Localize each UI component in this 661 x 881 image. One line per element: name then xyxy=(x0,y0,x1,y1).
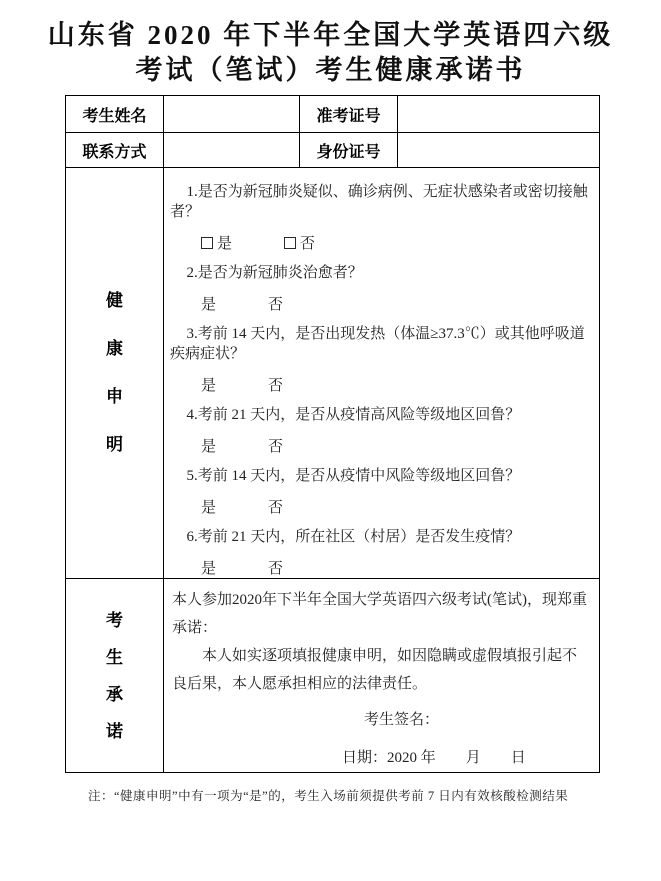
question-4-text: 4.考前 21 天内，是否从疫情高风险等级地区回鲁？ xyxy=(170,405,591,425)
question-5-no-option[interactable]: 否 xyxy=(268,496,283,517)
checkbox-no-icon[interactable] xyxy=(284,237,296,249)
health-declaration-row: 健 康 申 明 1.是否为新冠肺炎疑似、确诊病例、无症状感染者或密切接触者？ 是… xyxy=(66,168,600,579)
section-label-char: 诺 xyxy=(106,713,123,750)
question-2-text: 2.是否为新冠肺炎治愈者？ xyxy=(170,263,591,283)
commitment-row: 考 生 承 诺 本人参加2020年下半年全国大学英语四六级考试(笔试)，现郑重承… xyxy=(66,579,600,773)
form-title-line1: 山东省 2020 年下半年全国大学英语四六级 xyxy=(0,18,661,53)
yes-option-label: 是 xyxy=(217,232,232,253)
footnote: 注：“健康申明”中有一项为“是”的，考生入场前须提供考前 7 日内有效核酸检测结… xyxy=(88,786,661,804)
question-6-text: 6.考前 21 天内，所在社区（村居）是否发生疫情？ xyxy=(170,527,591,547)
section-label-char: 明 xyxy=(106,421,123,469)
no-option-label: 否 xyxy=(300,232,315,253)
health-declaration-section-label: 健 康 申 明 xyxy=(66,168,164,579)
question-3-text: 3.考前 14 天内，是否出现发热（体温≥37.3℃）或其他呼吸道疾病症状？ xyxy=(170,324,591,364)
commitment-section-label: 考 生 承 诺 xyxy=(66,579,164,773)
section-label-char: 康 xyxy=(106,325,123,373)
table-row: 考生姓名 准考证号 xyxy=(66,96,600,133)
name-field[interactable] xyxy=(164,96,300,133)
section-label-char: 申 xyxy=(106,373,123,421)
question-4-yes-option[interactable]: 是 xyxy=(201,435,216,456)
question-5-options: 是 否 xyxy=(201,496,591,517)
admission-number-label: 准考证号 xyxy=(300,96,398,133)
contact-field[interactable] xyxy=(164,133,300,168)
commitment-paragraph-1: 本人参加2020年下半年全国大学英语四六级考试(笔试)，现郑重承诺： xyxy=(172,586,589,642)
health-questions-area: 1.是否为新冠肺炎疑似、确诊病例、无症状感染者或密切接触者？ 是 否 2.是否为… xyxy=(164,168,600,579)
question-4-options: 是 否 xyxy=(201,435,591,456)
question-1-text: 1.是否为新冠肺炎疑似、确诊病例、无症状感染者或密切接触者？ xyxy=(170,182,591,222)
question-1-no-option[interactable]: 否 xyxy=(284,232,315,253)
form-title-line2: 考试（笔试）考生健康承诺书 xyxy=(0,53,661,88)
question-2-no-option[interactable]: 否 xyxy=(268,293,283,314)
question-3-no-option[interactable]: 否 xyxy=(268,374,283,395)
question-1-options: 是 否 xyxy=(201,232,591,253)
checkbox-yes-icon[interactable] xyxy=(201,237,213,249)
form-title: 山东省 2020 年下半年全国大学英语四六级 考试（笔试）考生健康承诺书 xyxy=(0,0,661,88)
commitment-paragraph-2: 本人如实逐项填报健康申明，如因隐瞒或虚假填报引起不良后果，本人愿承担相应的法律责… xyxy=(172,642,589,698)
section-label-char: 考 xyxy=(106,602,123,639)
section-label-char: 生 xyxy=(106,639,123,676)
signature-label[interactable]: 考生签名： xyxy=(364,706,589,734)
id-number-label: 身份证号 xyxy=(300,133,398,168)
health-commitment-form: 山东省 2020 年下半年全国大学英语四六级 考试（笔试）考生健康承诺书 考生姓… xyxy=(0,0,661,881)
question-1-yes-option[interactable]: 是 xyxy=(201,232,232,253)
name-label: 考生姓名 xyxy=(66,96,164,133)
section-label-char: 健 xyxy=(106,277,123,325)
question-6-no-option[interactable]: 否 xyxy=(268,557,283,578)
question-4-no-option[interactable]: 否 xyxy=(268,435,283,456)
question-6-yes-option[interactable]: 是 xyxy=(201,557,216,578)
question-2-yes-option[interactable]: 是 xyxy=(201,293,216,314)
question-3-yes-option[interactable]: 是 xyxy=(201,374,216,395)
contact-label: 联系方式 xyxy=(66,133,164,168)
date-label[interactable]: 日期：2020 年 月 日 xyxy=(342,744,589,772)
form-table: 考生姓名 准考证号 联系方式 身份证号 健 康 申 明 1.是否为新冠肺炎疑似、… xyxy=(65,95,600,773)
admission-number-field[interactable] xyxy=(398,96,600,133)
question-6-options: 是 否 xyxy=(201,557,591,578)
section-label-char: 承 xyxy=(106,676,123,713)
question-3-options: 是 否 xyxy=(201,374,591,395)
table-row: 联系方式 身份证号 xyxy=(66,133,600,168)
question-5-yes-option[interactable]: 是 xyxy=(201,496,216,517)
question-5-text: 5.考前 14 天内，是否从疫情中风险等级地区回鲁？ xyxy=(170,466,591,486)
commitment-text-area: 本人参加2020年下半年全国大学英语四六级考试(笔试)，现郑重承诺： 本人如实逐… xyxy=(164,579,600,773)
id-number-field[interactable] xyxy=(398,133,600,168)
question-2-options: 是 否 xyxy=(201,293,591,314)
